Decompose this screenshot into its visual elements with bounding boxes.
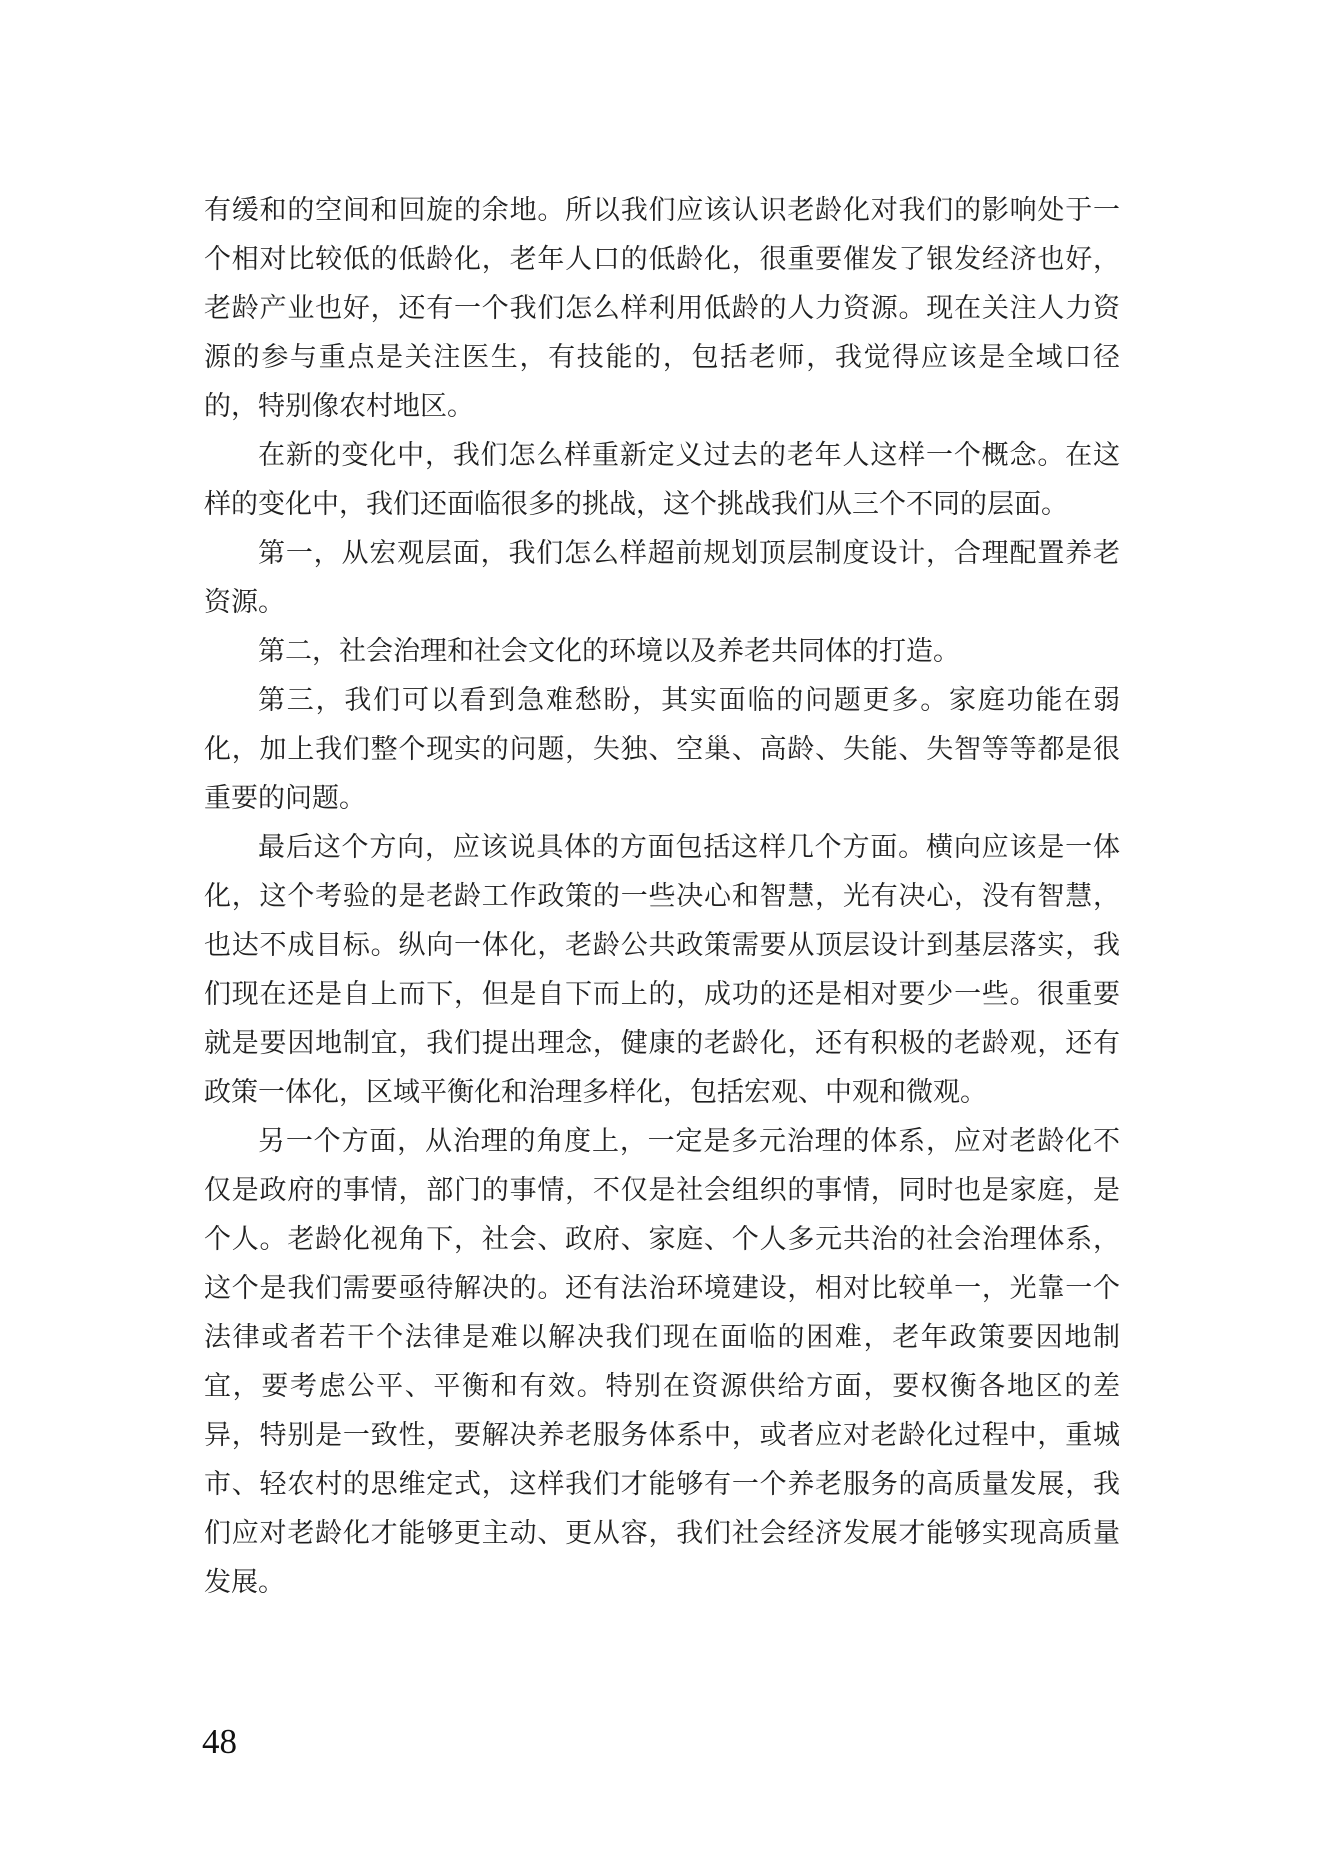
- paragraph: 另一个方面，从治理的角度上，一定是多元治理的体系，应对老龄化不仅是政府的事情，部…: [204, 1117, 1120, 1607]
- paragraph: 有缓和的空间和回旋的余地。所以我们应该认识老龄化对我们的影响处于一个相对比较低的…: [204, 186, 1120, 431]
- paragraph: 在新的变化中，我们怎么样重新定义过去的老年人这样一个概念。在这样的变化中，我们还…: [204, 431, 1120, 529]
- document-body: 有缓和的空间和回旋的余地。所以我们应该认识老龄化对我们的影响处于一个相对比较低的…: [204, 186, 1120, 1607]
- paragraph: 第三，我们可以看到急难愁盼，其实面临的问题更多。家庭功能在弱化，加上我们整个现实…: [204, 676, 1120, 823]
- document-page: 有缓和的空间和回旋的余地。所以我们应该认识老龄化对我们的影响处于一个相对比较低的…: [0, 0, 1323, 1871]
- paragraph: 第二，社会治理和社会文化的环境以及养老共同体的打造。: [204, 627, 1120, 676]
- page-number: 48: [202, 1722, 237, 1762]
- paragraph: 第一，从宏观层面，我们怎么样超前规划顶层制度设计，合理配置养老资源。: [204, 529, 1120, 627]
- paragraph: 最后这个方向，应该说具体的方面包括这样几个方面。横向应该是一体化，这个考验的是老…: [204, 823, 1120, 1117]
